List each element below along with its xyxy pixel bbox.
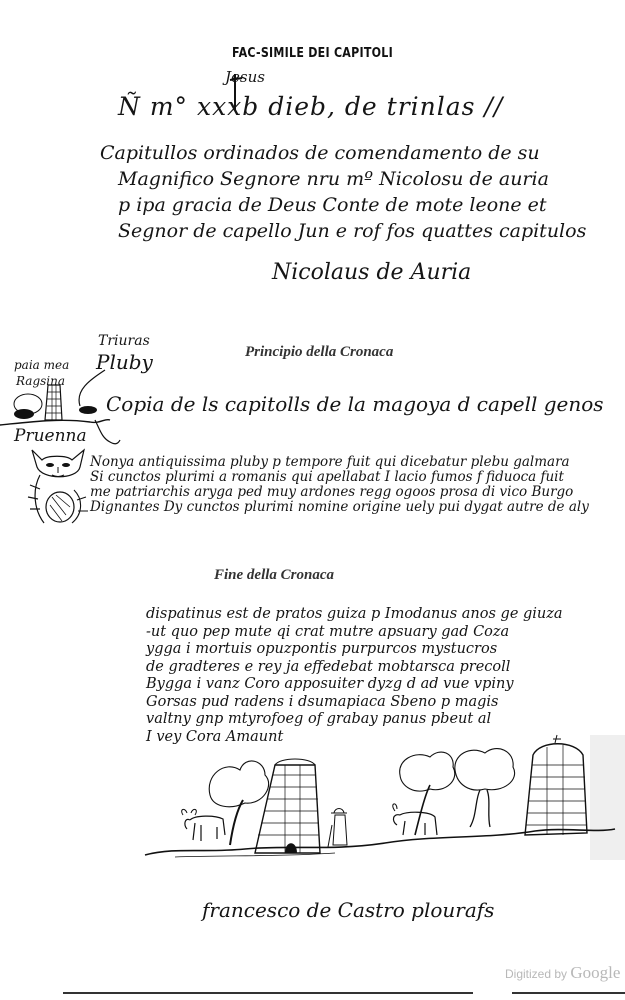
section-end-title: Fine della Cronaca [214,567,334,584]
google-logo-text: Google [570,963,620,982]
margin-note-top: Triuras [98,333,150,349]
opening-line: Capitullos ordinados de comendamento de … [100,140,586,166]
ox-icon [393,804,437,835]
chronicle-line: Bygga i vanz Coro apposuiter dyzg d ad v… [146,676,563,694]
chronicle-line: valtny gnp mtyrofoeg of grabay panus pbe… [146,711,563,729]
shepherd-figure-icon [328,809,347,848]
decorated-initial-icon [22,445,92,530]
signature-francesco: francesco de Castro plourafs [202,898,494,922]
chronicle-line: Dignantes Dy cunctos plurimi nomine orig… [90,500,589,515]
ox-icon [182,809,225,841]
credit-prefix: Digitized by [505,967,567,981]
chronicle-line: Si cunctos plurimi a romanis qui apellab… [90,470,589,485]
section-start-title: Principio della Cronaca [245,344,393,361]
tree-icon [455,749,515,827]
opening-line: Magnifico Segnore nru mº Nicolosu de aur… [100,166,586,192]
opening-paragraph: Capitullos ordinados de comendamento de … [100,140,586,244]
chronicle-line: de gradteres e rey ja effedebat mobtarsc… [146,659,563,677]
chronicle-line: Gorsas pud radens i dsumapiaca Sbeno p m… [146,694,563,712]
chronicle-end-text: dispatinus est de pratos guiza p Imodanu… [146,606,563,746]
stone-tower-icon [525,735,587,835]
chronicle-line: Nonya antiquissima pluby p tempore fuit … [90,455,589,470]
page-heading: FAC-SIMILE DEI CAPITOLI [47,46,578,61]
chronicle-line: ygga i mortuis opuzpontis purpurcos myst… [146,641,563,659]
landscape-illustration [135,735,625,865]
chronicle-line: -ut quo pep mute qi crat mutre apsuary g… [146,624,563,642]
copia-line: Copia de ls capitolls de la magoya d cap… [106,392,604,416]
margin-note-side: paia mea [14,358,69,372]
signature-nicolaus: Nicolaus de Auria [272,260,471,285]
chronicle-line: dispatinus est de pratos guiza p Imodanu… [146,606,563,624]
opening-line: p ipa gracia de Deus Conte de mote leone… [100,192,586,218]
chronicle-line: me patriarchis aryga ped muy ardones reg… [90,485,589,500]
tree-icon [400,752,455,835]
date-line: Ñ m° xxxb dieb, de trinlas // [118,92,503,121]
chronicle-start-text: Nonya antiquissima pluby p tempore fuit … [90,455,589,515]
bottom-rule [63,992,473,994]
bottom-rule-right [512,992,625,994]
digitized-credit: Digitized by Google [505,963,620,983]
opening-line: Segnor de capello Jun e rof fos quattes … [100,218,586,244]
